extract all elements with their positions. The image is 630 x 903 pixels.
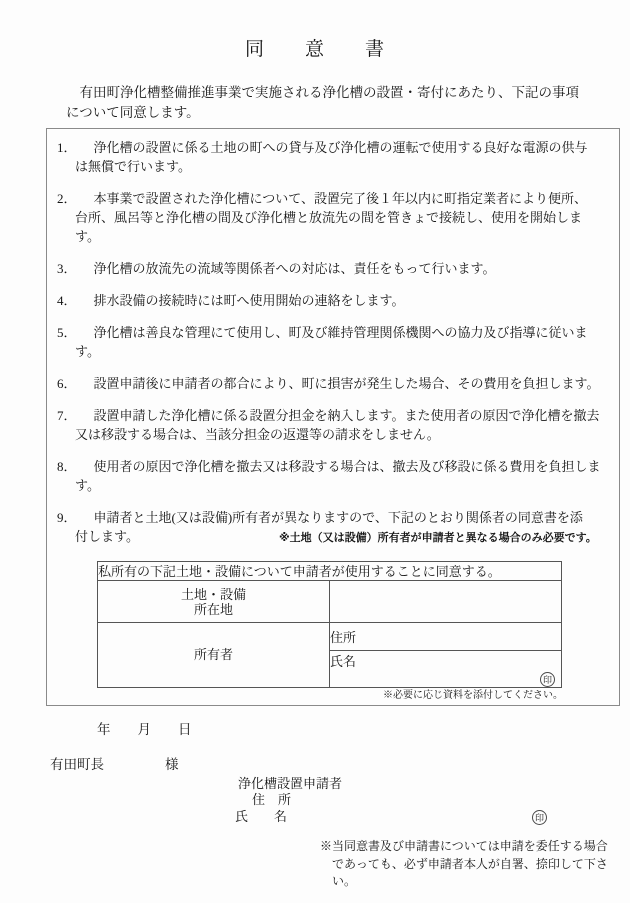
term-text: 本事業で設置された浄化槽について、設置完了後１年以内に町指定業者により便所、 台… xyxy=(75,191,587,244)
document-title: 同 意 書 xyxy=(0,0,630,62)
term-number: 9． xyxy=(57,510,77,525)
term-item-1: 1．浄化槽の設置に係る土地の町への貸与及び浄化槽の運転で使用する良好な電源の供与… xyxy=(57,138,613,176)
owner-name-label: 氏名 xyxy=(330,654,356,669)
attachment-note: ※必要に応じ資料を添付してください。 xyxy=(97,690,563,702)
term-text: 設置申請した浄化槽に係る設置分担金を納入します。また使用者の原因で浄化槽を撤去 … xyxy=(75,408,599,442)
term-text: 浄化槽の放流先の流域等関係者への対応は、責任をもって行います。 xyxy=(94,261,496,276)
term-number: 8． xyxy=(57,459,77,474)
location-value-cell xyxy=(330,581,562,623)
term-text: 設置申請後に申請者の都合により、町に損害が発生した場合、その費用を負担します。 xyxy=(94,376,600,391)
owner-label-cell: 所有者 xyxy=(98,623,330,688)
table-row: 所有者 住所 xyxy=(98,623,562,651)
owner-address-label: 住所 xyxy=(330,630,356,645)
term-number: 2． xyxy=(57,191,77,206)
owner-address-cell: 住所 xyxy=(330,623,562,651)
applicant-block: 浄化槽設置申請者 住 所 氏 名印 xyxy=(235,776,630,826)
term-item-8: 8．使用者の原因で浄化槽を撤去又は移設する場合は、撤去及び移設に係る費用を負担し… xyxy=(57,457,613,495)
term-item-5: 5．浄化槽は善良な管理にて使用し、町及び維持管理関係機関への協力及び指導に従いま… xyxy=(57,323,613,361)
consent-table: 私所有の下記土地・設備について申請者が使用することに同意する。 土地・設備 所在… xyxy=(97,561,562,688)
terms-box: 1．浄化槽の設置に係る土地の町への貸与及び浄化槽の運転で使用する良好な電源の供与… xyxy=(46,128,620,706)
term-text: 使用者の原因で浄化槽を撤去又は移設する場合は、撤去及び移設に係る費用を負担しま … xyxy=(75,459,601,493)
delegation-note: ※当同意書及び申請書については申請を委任する場合 であっても、必ず申請者本人が自… xyxy=(320,838,626,891)
table-row: 私所有の下記土地・設備について申請者が使用することに同意する。 xyxy=(98,562,562,581)
consent-form-page: 同 意 書 有田町浄化槽整備推進事業で実施される浄化槽の設置・寄付にあたり、下記… xyxy=(0,0,630,903)
term-item-6: 6．設置申請後に申請者の都合により、町に損害が発生した場合、その費用を負担します… xyxy=(57,374,613,393)
date-line: 年 月 日 xyxy=(97,720,630,739)
recipient-name: 有田町長 xyxy=(50,757,104,772)
term-number: 7． xyxy=(57,408,77,423)
intro-paragraph: 有田町浄化槽整備推進事業で実施される浄化槽の設置・寄付にあたり、下記の事項 につ… xyxy=(66,83,590,122)
term-item-2: 2．本事業で設置された浄化槽について、設置完了後１年以内に町指定業者により便所、… xyxy=(57,189,613,246)
applicant-address-label: 住 所 xyxy=(252,792,630,809)
term-number: 4． xyxy=(57,293,77,308)
seal-icon: 印 xyxy=(532,810,547,825)
recipient-honorific: 様 xyxy=(165,757,179,772)
applicant-name-line: 氏 名印 xyxy=(235,809,630,826)
applicant-heading: 浄化槽設置申請者 xyxy=(238,776,630,793)
term-number: 6． xyxy=(57,376,77,391)
table-row: 土地・設備 所在地 xyxy=(98,581,562,623)
seal-icon: 印 xyxy=(540,672,555,687)
term-item-4: 4．排水設備の接続時には町へ使用開始の連絡をします。 xyxy=(57,291,613,310)
term-number: 3． xyxy=(57,261,77,276)
term-item-3: 3．浄化槽の放流先の流域等関係者への対応は、責任をもって行います。 xyxy=(57,259,613,278)
term-item-9: 9．申請者と土地(又は設備)所有者が異なりますので、下記のとおり関係者の同意書を… xyxy=(57,508,613,548)
applicant-name-label: 氏 名 xyxy=(235,809,287,824)
consent-statement-cell: 私所有の下記土地・設備について申請者が使用することに同意する。 xyxy=(98,562,562,581)
location-label-cell: 土地・設備 所在地 xyxy=(98,581,330,623)
owner-differs-note: ※土地（又は設備）所有者が申請者と異なる場合のみ必要です。 xyxy=(279,532,597,544)
term-number: 1． xyxy=(57,140,77,155)
recipient-line: 有田町長様 xyxy=(50,755,630,774)
term-text: 浄化槽は善良な管理にて使用し、町及び維持管理関係機関への協力及び指導に従いま す… xyxy=(75,325,588,359)
term-item-7: 7．設置申請した浄化槽に係る設置分担金を納入します。また使用者の原因で浄化槽を撤… xyxy=(57,406,613,444)
term-text: 排水設備の接続時には町へ使用開始の連絡をします。 xyxy=(94,293,405,308)
term-text: 浄化槽の設置に係る土地の町への貸与及び浄化槽の運転で使用する良好な電源の供与 は… xyxy=(75,140,588,174)
owner-name-cell: 氏名印 xyxy=(330,651,562,688)
term-number: 5． xyxy=(57,325,77,340)
